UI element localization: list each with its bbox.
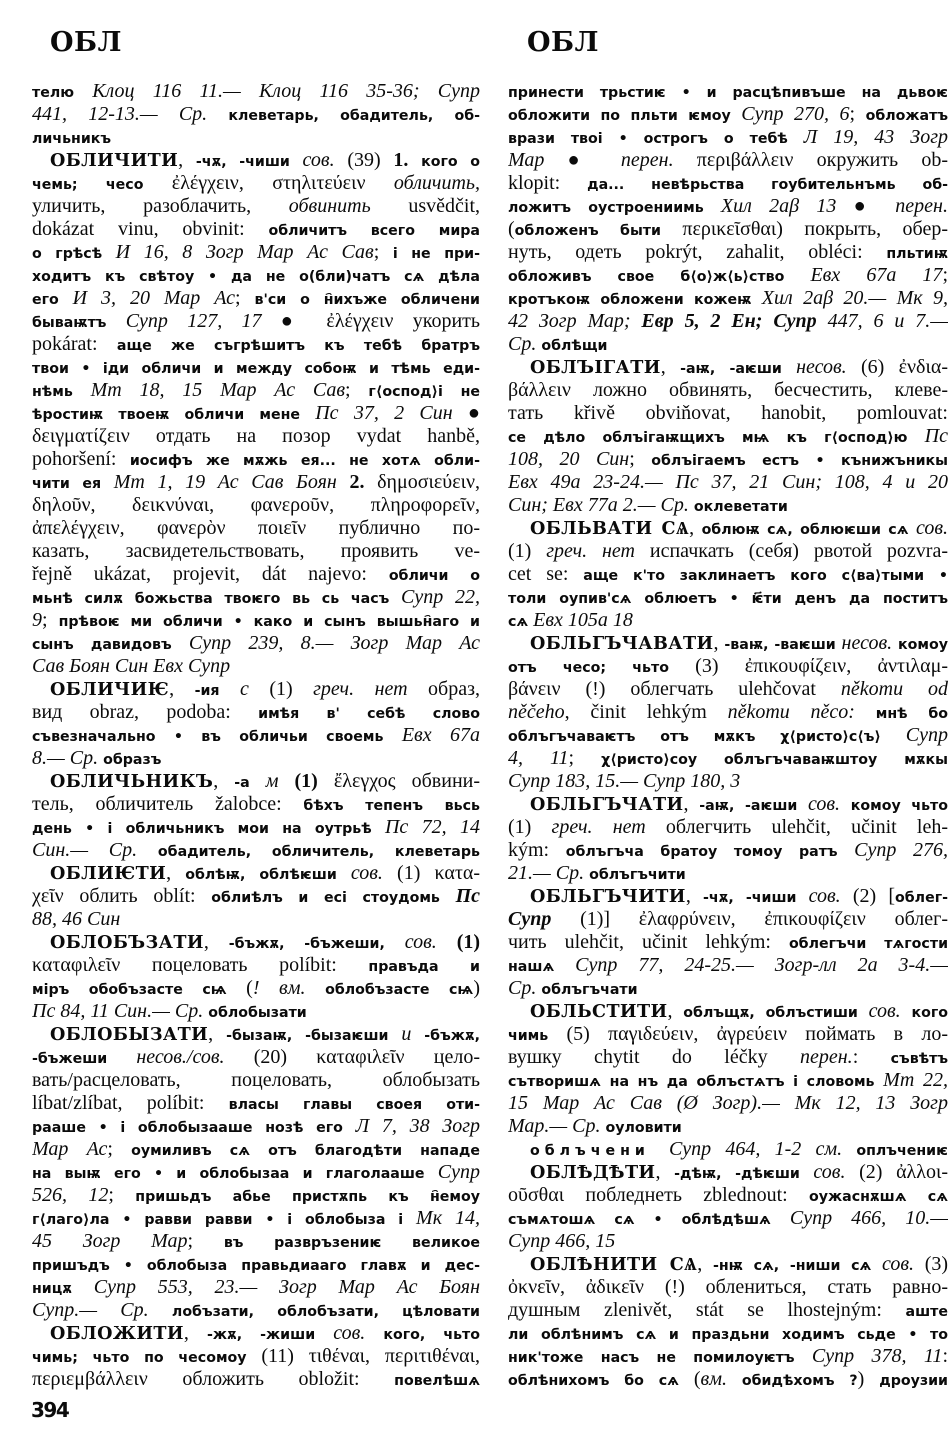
ocs-text-spaced: облъчени	[530, 1143, 669, 1159]
gloss-text: (1)	[508, 540, 546, 562]
greek-text: καταφιλεῖν	[316, 1046, 434, 1068]
text-line: 8.— Ср. образъ	[32, 747, 480, 770]
ocs-text: χ⟨ристо⟩соу облъгъчаваѭштоу мѫкы	[601, 752, 948, 768]
headword: ОБЛѢДѢТИ	[530, 1162, 655, 1183]
gloss-text: líbat/zlíbat, políbit:	[32, 1092, 229, 1114]
ocs-text: имѣя в' себѣ слово	[258, 706, 480, 722]
ocs-text: облъігаемъ естъ • кънижъникы	[651, 453, 948, 469]
greek-text: ἐλέγχειν	[326, 310, 412, 332]
headword: ОБЛЬГЪЧИТИ	[530, 886, 686, 907]
ocs-text: съвѣтъ	[891, 1051, 948, 1067]
text-line: ник'тоже насъ не помилоуѥтъ Супр 378, 11…	[508, 1345, 948, 1368]
ocs-text: -бъжѫ,	[424, 1028, 480, 1044]
ocs-text: чимь; чьто по чесомоу	[32, 1350, 261, 1366]
ocs-text: і не при-	[393, 246, 480, 262]
greek-text: οῦσθαι	[508, 1184, 585, 1206]
text-line: ὀκνεῖν, ἀδικεῖν (!) облениться, стать ра…	[508, 1276, 948, 1299]
reference-text: Мт 22,	[883, 1069, 948, 1091]
reference-text: вм.	[701, 1368, 742, 1390]
gloss-text: облить oblít:	[79, 885, 211, 907]
ocs-text: -а	[234, 775, 265, 791]
ocs-text: обложатъ	[866, 108, 948, 124]
gloss-text: , činit lehkým	[565, 701, 728, 723]
gloss-text: тать křivě obviňovat, hanobit, pomlouvat…	[508, 402, 948, 424]
ocs-text: пльтиѭ	[886, 246, 948, 262]
ocs-text: облиѣлъ и есі стоудомь	[211, 890, 455, 906]
ocs-text: пришьдъ абье пристѫпь къ н҄емоу	[135, 1189, 480, 1205]
ocs-text: личьникъ	[32, 131, 111, 147]
ocs-text: дроузии	[879, 1373, 948, 1389]
gloss-text: ,	[166, 862, 185, 884]
greek-text: δηλοῦν, δεικνύναι, φανεροῦν, πληροφορεῖν…	[32, 494, 480, 516]
text-line: něčeho, činit lehkým někomu něco: мнѣ бо	[508, 701, 948, 724]
gloss-text: казать, засвидетельствовать, проявить ve…	[32, 540, 480, 562]
gloss-text: ,	[714, 632, 725, 654]
reference-text: перен.	[895, 195, 948, 217]
ocs-text: се дѣло облъігаѭщихъ мѩ къ г⟨оспод⟩ю	[508, 430, 925, 446]
ocs-text: его	[32, 292, 73, 308]
gloss-text: цело-	[434, 1046, 480, 1068]
text-line: міръ обобъзасте сѩ (! вм. облобъзасте сѩ…	[32, 977, 480, 1000]
gloss-text: ;	[569, 747, 602, 769]
ocs-text: -чѫ, -чиши	[196, 154, 303, 170]
ocs-text: нѣмь	[32, 384, 91, 400]
reference-text: Супр 239, 8.— Зогр Мар Ас	[189, 632, 480, 654]
gloss-text: душным zlenivět, stát se lhostejným:	[508, 1299, 906, 1321]
greek-text: δημοσιεύειν,	[377, 471, 480, 493]
text-line: δηλοῦν, δεικνύναι, φανεροῦν, πληροφορεῖν…	[32, 494, 480, 517]
sense-number: (1)	[457, 931, 480, 953]
reference-text: и	[401, 1023, 424, 1045]
text-line: kým: облъгъча братоу томоу ратъ Супр 276…	[508, 839, 948, 862]
ocs-text: -нѭ сѧ, -ниши сѧ	[713, 1258, 882, 1274]
ocs-text: аще же съгрѣшитъ къ тебѣ братръ	[117, 338, 480, 354]
gloss-text: ,	[178, 149, 196, 171]
entry-start-line: ОБЛОЖИТИ, -жѫ, -жиши сов. кого, чьто	[32, 1322, 480, 1345]
entry-start-line: ОБЛИЧИТИ, -чѫ, -чиши сов. (39) 1. кого о	[32, 149, 480, 172]
gloss-text: (!) облегчать ulehčovat	[585, 678, 840, 700]
reference-text: сов.	[809, 885, 853, 907]
text-line: съвезначально • въ обличьи своемь Евх 67…	[32, 724, 480, 747]
headword: ОБЛИЧИѤ	[50, 679, 169, 700]
headword: ОБЛОЖИТИ	[50, 1323, 184, 1344]
gloss-text: (	[694, 1368, 701, 1390]
gloss-text: ,	[684, 793, 700, 815]
reference-text: Ср.	[508, 333, 541, 355]
gloss-text: ●	[568, 149, 621, 171]
text-line: о грѣсѣ И 16, 8 Зогр Мар Ас Сав; і не пр…	[32, 241, 480, 264]
text-line: ложитъ оустроениимь Хил 2аβ 13 ● перен.	[508, 195, 948, 218]
ocs-text: прѣвоѥ ми обличи • како и сынъ вышьн҄аго…	[59, 614, 480, 630]
text-line: Супр (1)] ἐλαφρύνειν, ἐπικουφίζειν облег…	[508, 908, 948, 931]
ocs-text: кротъкоѭ обложени кожеѭ	[508, 292, 762, 308]
gloss-text: облег-	[895, 908, 948, 930]
text-line: облѣнихомъ бо сѧ (вм. обидѣхомъ ?) дроуз…	[508, 1368, 948, 1391]
reference-text: И 3, 20 Мар Ас	[73, 287, 235, 309]
text-line: казать, засвидетельствовать, проявить ve…	[32, 540, 480, 563]
greek-text: δειγματίζειν	[32, 425, 156, 447]
reference-text-bold: Супр	[508, 908, 580, 930]
gloss-text: cet se:	[508, 563, 583, 585]
reference-text: Син.— Ср.	[32, 839, 158, 861]
gloss-text: (1)]	[580, 908, 639, 930]
ocs-text: -дѣѭ, -дѣѥши	[674, 1166, 813, 1182]
text-line: (1) греч. нет облегчить ulehčit, učinit …	[508, 816, 948, 839]
text-line: Евх 49а 23-24.— Пс 37, 21 Син; 108, 4 и …	[508, 471, 948, 494]
ocs-text: облъгъчити	[589, 867, 686, 883]
reference-text: сов.	[351, 862, 397, 884]
ocs-text: аще к'то заклинаетъ кого с⟨ва⟩тыми •	[583, 568, 948, 584]
text-line: пришъдъ • облобыза правьдиааго главѫ и д…	[32, 1253, 480, 1276]
gloss-text: вушку chytit do léčky	[508, 1046, 800, 1068]
reference-text: Супр 464, 1-2 см.	[669, 1138, 856, 1160]
ocs-text: чемь; чесо	[32, 177, 172, 193]
ocs-text: чити ея	[32, 476, 114, 492]
reference-text: сов.	[813, 1161, 859, 1183]
ocs-text: в'си о н҄ихъже обличени	[255, 292, 480, 308]
reference-text: перен.	[621, 149, 697, 171]
gloss-text: ,	[204, 931, 229, 953]
ocs-text: -бызаѭ, -бызаѥши	[226, 1028, 401, 1044]
gloss-text: ;	[345, 379, 368, 401]
ocs-text: обложити по пльти ѥмоу	[508, 108, 741, 124]
text-line: обложити по пльти ѥмоу Супр 270, 6; обло…	[508, 103, 948, 126]
reference-text: 4, 11	[508, 747, 569, 769]
ocs-text: -аѭ, -аѥши	[680, 361, 796, 377]
gloss-text: ;	[235, 287, 255, 309]
gloss-text: вид obraz, podoba:	[32, 701, 258, 723]
ocs-text: кого	[911, 1005, 948, 1021]
ocs-text: мнѣ бо	[876, 706, 948, 722]
reference-text: Супр 127, 17	[126, 310, 281, 332]
ocs-text: обидѣхомъ ?	[742, 1373, 858, 1389]
ocs-text: въ развръзениѥ великое	[224, 1235, 480, 1251]
ocs-text: повелѣшѧ	[394, 1373, 480, 1389]
gloss-text: :	[942, 1345, 948, 1367]
text-line: на выѭ его • и облобызаа и глаголааше Су…	[32, 1161, 480, 1184]
reference-text: Мар.— Ср.	[508, 1115, 606, 1137]
text-line: Сав Боян Син Евх Супр	[32, 655, 480, 678]
ocs-text: ли облѣнимъ сѧ и праздьни ходимъ сьде • …	[508, 1327, 948, 1343]
text-line: се дѣло облъігаѭщихъ мѩ къ г⟨оспод⟩ю Пс	[508, 425, 948, 448]
ocs-text: обложенъ быти	[515, 223, 683, 239]
text-line: ли облѣнимъ сѧ и праздьни ходимъ сьде • …	[508, 1322, 948, 1345]
gloss-text: окружить ob-	[817, 149, 948, 171]
reference-text: Супр 270, 6	[741, 103, 849, 125]
ocs-text: телю	[32, 85, 92, 101]
text-line: pokárat: аще же съгрѣшитъ къ тебѣ братръ	[32, 333, 480, 356]
text-line: сѧ Евх 105а 18	[508, 609, 948, 632]
reference-text: 21.— Ср.	[508, 862, 589, 884]
gloss-text: обложить obložit:	[182, 1368, 394, 1390]
reference-text: Ср.	[508, 977, 541, 999]
gloss-text: ;	[850, 103, 866, 125]
reference-text: Клоц 116 11.— Клоц 116 35-36; Супр	[92, 80, 480, 102]
gloss-text: ;	[374, 241, 393, 263]
ocs-text: о грѣсѣ	[32, 246, 116, 262]
gloss-text: ,	[213, 770, 234, 792]
greek-text: τιθέναι, περιτιθέναι,	[309, 1345, 480, 1367]
gloss-text: укорить	[413, 310, 480, 332]
gloss-text: pohoršení:	[32, 448, 130, 470]
ocs-text: облюѭ сѧ, облюѥши сѧ	[702, 522, 916, 538]
reference-text: Евх 105а 18	[533, 609, 633, 631]
ocs-text: день • і обличьникъ мои на оутрьѣ	[32, 821, 385, 837]
greek-text: κατα-	[434, 862, 480, 884]
gloss-text: ;	[107, 1138, 131, 1160]
ocs-text: облъгъчаваѥтъ отъ мѫкъ χ⟨ристо⟩с⟨ъ⟩	[508, 729, 906, 745]
ocs-text: комоу	[898, 637, 948, 653]
text-line: 21.— Ср. облъгъчити	[508, 862, 948, 885]
gloss-text: (39)	[347, 149, 393, 171]
reference-text-bold: Пс	[456, 885, 480, 907]
ocs-text: сѧ	[508, 614, 533, 630]
ocs-text: чимь	[508, 1028, 566, 1044]
greek-text: ἔλεγχος	[334, 770, 412, 792]
gloss-text: ;	[188, 1230, 224, 1252]
reference-text-bold: Евр 5, 2 Ен; Супр	[641, 310, 827, 332]
greek-text: περιβάλλειν	[697, 149, 817, 171]
ocs-text: съвезначально • въ обличьи своемь	[32, 729, 402, 745]
reference-text: Мт 18, 15 Мар Ас Сав	[91, 379, 345, 401]
ocs-text: да... невѣрьства гоубительнъмь об-	[587, 177, 948, 193]
gloss-text: образ,	[428, 678, 480, 700]
gloss-text: уличить, разоблачить,	[32, 195, 289, 217]
ocs-text: пришъдъ • облобыза правьдиааго главѫ и д…	[32, 1258, 480, 1274]
text-line: чимь; чьто по чесомоу (11) τιθέναι, περι…	[32, 1345, 480, 1368]
ocs-text: облѣщи	[541, 338, 607, 354]
text-line: мьнѣ силѫ божьства твоѥго вь сь часъ Суп…	[32, 586, 480, 609]
gloss-text: побледнеть zblednout:	[585, 1184, 809, 1206]
text-line: сътворишѧ на нъ да облъстѧтъ і словомь М…	[508, 1069, 948, 1092]
reference-text: 9	[32, 609, 42, 631]
gloss-text: (3)	[925, 1253, 948, 1275]
ocs-text: лобъзати, облобъзати, цѣловати	[172, 1304, 480, 1320]
entry-start-line: ОБЛИЧЬНИКЪ, -а м (1) ἔλεγχος обвини-	[32, 770, 480, 793]
greek-text: χεῖν	[32, 885, 79, 907]
reference-text: сов.	[303, 149, 348, 171]
ocs-text: -ия	[195, 683, 240, 699]
running-header-left: ОБЛ	[50, 26, 122, 60]
reference-text: 447, 6 и 7.—	[828, 310, 948, 332]
reference-text: Мар Ас	[32, 1138, 107, 1160]
reference-text: Мт 1, 19 Ас Сав Боян	[114, 471, 350, 493]
text-line: г⟨лаго⟩ла • равви равви • і облобыза і М…	[32, 1207, 480, 1230]
gloss-text: ;	[42, 609, 59, 631]
text-line: чимь (5) παγιδεύειν, ἀγρεύειν поймать в …	[508, 1023, 948, 1046]
ocs-text: власы главы своея оти-	[229, 1097, 480, 1113]
ocs-text: міръ обобъзасте сѩ	[32, 982, 246, 998]
gloss-text: )	[858, 1368, 880, 1390]
text-line: περιεμβάλλειν обложить obložit: повелѣшѧ	[32, 1368, 480, 1391]
text-line: телю Клоц 116 11.— Клоц 116 35-36; Супр	[32, 80, 480, 103]
text-line: (обложенъ быти περικεῖσθαι) покрыть, обе…	[508, 218, 948, 241]
gloss-text: (1)	[508, 816, 552, 838]
greek-text: παγιδεύειν, ἀγρεύειν	[608, 1023, 805, 1045]
text-line: рааше • і облобызааше нозѣ его Л 7, 38 З…	[32, 1115, 480, 1138]
text-line: Мар ● перен. περιβάλλειν окружить ob-	[508, 149, 948, 172]
reference-text: Супр 183, 15.— Супр 180, 3	[508, 770, 740, 792]
text-line: врази твоі • острогъ о тебѣ Л 19, 43 Зог…	[508, 126, 948, 149]
greek-text: ἐλέγχειν, στηλιτεύειν	[172, 172, 394, 194]
reference-text: сов.	[869, 1000, 912, 1022]
right-column: принести трьстиѥ • и расцѣпивъше на дьво…	[508, 80, 948, 1391]
text-line: Ср. облѣщи	[508, 333, 948, 356]
reference-text: Супр 276,	[854, 839, 948, 861]
entry-start-line: облъчени Супр 464, 1-2 см. оплъчениѥ	[508, 1138, 948, 1161]
ocs-text: облѣнихомъ бо сѧ	[508, 1373, 694, 1389]
reference-text: греч. нет	[313, 678, 428, 700]
ocs-text: сътворишѧ на нъ да облъстѧтъ і словомь	[508, 1074, 883, 1090]
reference-text: Мар	[508, 149, 568, 171]
reference-text: Супр 553, 23.— Зогр Мар Ас Боян	[94, 1276, 480, 1298]
text-line: тель, обличитель žalobce: бѣхъ тепенъ вь…	[32, 793, 480, 816]
reference-text: м	[266, 770, 295, 792]
ocs-text: -ваѭ, -ваѥши	[724, 637, 841, 653]
greek-text: ἐπικουφίζειν, ἀντιλαμ-	[745, 655, 948, 677]
text-line: 42 Зогр Мар; Евр 5, 2 Ен; Супр 447, 6 и …	[508, 310, 948, 333]
entry-start-line: ОБЛѢНИТИ СѦ, -нѭ сѧ, -ниши сѧ сов. (3)	[508, 1253, 948, 1276]
ocs-text: -жѫ, -жиши	[207, 1327, 333, 1343]
reference-text: Л 19, 43 Зогр	[804, 126, 948, 148]
reference-text: 526, 12	[32, 1184, 108, 1206]
ocs-text: облобъзасте сѩ	[325, 982, 473, 998]
reference-text: ! вм.	[253, 977, 325, 999]
entry-start-line: ОБЛЪІГАТИ, -аѭ, -аѥши несов. (6) ἐνδια-	[508, 356, 948, 379]
ocs-text: на выѭ его • и облобызаа и глаголааше	[32, 1166, 438, 1182]
reference-text: сов.	[333, 1322, 383, 1344]
reference-text: греч. нет	[552, 816, 666, 838]
reference-text: обвинить	[289, 195, 371, 217]
ocs-text: облобызати	[208, 1005, 307, 1021]
headword: ОБЛОБЫЗАТИ	[50, 1024, 208, 1045]
headword: ОБЛЬГЪЧАТИ	[530, 794, 684, 815]
text-line: день • і обличьникъ мои на оутрьѣ Пс 72,…	[32, 816, 480, 839]
gloss-text: нуть, одеть pokrýt, zahalit, obléci:	[508, 241, 886, 263]
gloss-text: (2)	[859, 1161, 896, 1183]
greek-text: ἐλαφρύνειν, ἐπικουφίζειν	[639, 908, 895, 930]
ocs-text: ложитъ оустроениимь	[508, 200, 721, 216]
gloss-text: ;	[942, 264, 948, 286]
ocs-text: оуловити	[606, 1120, 682, 1136]
ocs-text: облегъчи тѧгости	[789, 936, 948, 952]
gloss-text: поймать в ло-	[805, 1023, 948, 1045]
gloss-text: тель, обличитель žalobce:	[32, 793, 303, 815]
ocs-text: оужаснѫшѧ сѧ	[809, 1189, 948, 1205]
text-line: уличить, разоблачить, обвинить usvědčit,	[32, 195, 480, 218]
text-line: 441, 12-13.— Ср. клеветарь, обадитель, о…	[32, 103, 480, 126]
reference-text: сов.	[405, 931, 457, 953]
entry-start-line: ОБЛИѤТИ, облѣѭ, облѣѥши сов. (1) κατα-	[32, 862, 480, 885]
greek-text: καταφιλεῖν	[32, 954, 152, 976]
reference-text: Супр 22,	[401, 586, 480, 608]
gloss-text: usvědčit,	[371, 195, 480, 217]
reference-text: 88, 46 Син	[32, 908, 120, 930]
text-line: чити ея Мт 1, 19 Ас Сав Боян 2. δημοσιεύ…	[32, 471, 480, 494]
text-line: χεῖν облить oblít: облиѣлъ и есі стоудом…	[32, 885, 480, 908]
text-line: вид obraz, podoba: имѣя в' себѣ слово	[32, 701, 480, 724]
text-line: Мар.— Ср. оуловити	[508, 1115, 948, 1138]
headword: ОБЛОБЪЗАТИ	[50, 932, 204, 953]
entry-start-line: ОБЛЬГЪЧАВАТИ, -ваѭ, -ваѥши несов. комоу	[508, 632, 948, 655]
gloss-text: (2) [	[853, 885, 895, 907]
greek-text: ἐνδια-	[899, 356, 948, 378]
ocs-text: оклеветати	[694, 499, 788, 515]
ocs-text: ходитъ къ свѣтоу • да не о(бли)чатъ сѧ д…	[32, 269, 480, 285]
reference-text: Пс	[925, 425, 948, 447]
ocs-text: оплъчениѥ	[856, 1143, 948, 1159]
ocs-text: облъщѫ, облъстиши	[683, 1005, 868, 1021]
gloss-text: pokárat:	[32, 333, 117, 355]
headword: ОБЛИЧИТИ	[50, 150, 178, 171]
ocs-text: обличитъ всего мира	[268, 223, 480, 239]
entry-start-line: ОБЛЬВАТИ СѦ, облюѭ сѧ, облюѥши сѧ сов.	[508, 517, 948, 540]
entry-start-line: ОБЛОБЫЗАТИ, -бызаѭ, -бызаѥши и -бъжѫ,	[32, 1023, 480, 1046]
ocs-text: -бъжеши	[32, 1051, 136, 1067]
gloss-text: испачкать (себя) рвотой pozvra-	[650, 540, 948, 562]
text-line: pohoršení: иосифъ же мѫжь ея... не хотѧ …	[32, 448, 480, 471]
text-line: отъ чесо; чьто (3) ἐπικουφίζειν, ἀντιλαμ…	[508, 655, 948, 678]
reference-text: 42 Зогр Мар;	[508, 310, 641, 332]
text-line: líbat/zlíbat, políbit: власы главы своея…	[32, 1092, 480, 1115]
text-line: Ср. облъгъчати	[508, 977, 948, 1000]
ocs-text: ник'тоже насъ не помилоуѥтъ	[508, 1350, 812, 1366]
gloss-text: ,	[667, 1000, 683, 1022]
text-line: 88, 46 Син	[32, 908, 480, 931]
text-line: нѣмь Мт 18, 15 Мар Ас Сав; г⟨оспод⟩і не	[32, 379, 480, 402]
reference-text: Сав Боян Син Евх Супр	[32, 655, 230, 677]
text-line: кротъкоѭ обложени кожеѭ Хил 2аβ 20.— Мк …	[508, 287, 948, 310]
reference-text: Супр 378, 11	[812, 1345, 943, 1367]
gloss-text: (!) облениться, стать равно-	[665, 1276, 948, 1298]
reference-text: Пс 84, 11 Син.— Ср.	[32, 1000, 208, 1022]
reference-text: Супр 466, 10.—	[790, 1207, 948, 1229]
headword: ОБЛИЧЬНИКЪ	[50, 771, 213, 792]
ocs-text: аште	[906, 1304, 949, 1320]
greek-text: περιεμβάλλειν	[32, 1368, 182, 1390]
ocs-text: ницѫ	[32, 1281, 94, 1297]
text-line: толи оупив'сѧ облюетъ • ѥ҃ти денъ да пос…	[508, 586, 948, 609]
headword: ОБЛЪІГАТИ	[530, 357, 661, 378]
gloss-text: ,	[689, 517, 701, 539]
greek-text: ἀλλοι-	[896, 1161, 948, 1183]
gloss-text: (6)	[861, 356, 899, 378]
text-line: 4, 11; χ⟨ристо⟩соу облъгъчаваѭштоу мѫкы	[508, 747, 948, 770]
entry-start-line: ОБЛОБЪЗАТИ, -бъжѫ, -бъжеши, сов. (1)	[32, 931, 480, 954]
ocs-text: образъ	[103, 752, 161, 768]
reference-text: někomu od	[841, 678, 948, 700]
text-line: Син; Евх 77а 2.— Ср. оклеветати	[508, 494, 948, 517]
headword: ОБЛЬВАТИ СѦ	[530, 518, 689, 539]
reference-text: несов./сов.	[136, 1046, 253, 1068]
ocs-text: комоу чьто	[851, 798, 948, 814]
reference-text: Евх 67а 17	[810, 264, 942, 286]
reference-text: обличить,	[394, 172, 480, 194]
text-line: нуть, одеть pokrýt, zahalit, obléci: пль…	[508, 241, 948, 264]
ocs-text: облѣѭ, облѣѥши	[185, 867, 351, 883]
text-line: řejně ukázat, projevit, dát najevo: обли…	[32, 563, 480, 586]
gloss-text: (	[246, 977, 253, 999]
reference-text: Супр.— Ср.	[32, 1299, 172, 1321]
entry-start-line: ОБЛѢДѢТИ, -дѣѭ, -дѣѥши сов. (2) ἀλλοι-	[508, 1161, 948, 1184]
gloss-text: (11)	[261, 1345, 308, 1367]
reference-text: Хил 2аβ 20.— Мк 9,	[762, 287, 948, 309]
text-line: klopit: да... невѣрьства гоубительнъмь о…	[508, 172, 948, 195]
text-line: чить ulehčit, učinit lehkým: облегъчи тѧ…	[508, 931, 948, 954]
text-line: твои • іди обличи и между собоѭ и тѣмь е…	[32, 356, 480, 379]
text-line: ходитъ къ свѣтоу • да не о(бли)чатъ сѧ д…	[32, 264, 480, 287]
reference-text: 15 Мар Ас Сав (Ø Зогр).— Мк 12, 13 Зогр	[508, 1092, 948, 1114]
